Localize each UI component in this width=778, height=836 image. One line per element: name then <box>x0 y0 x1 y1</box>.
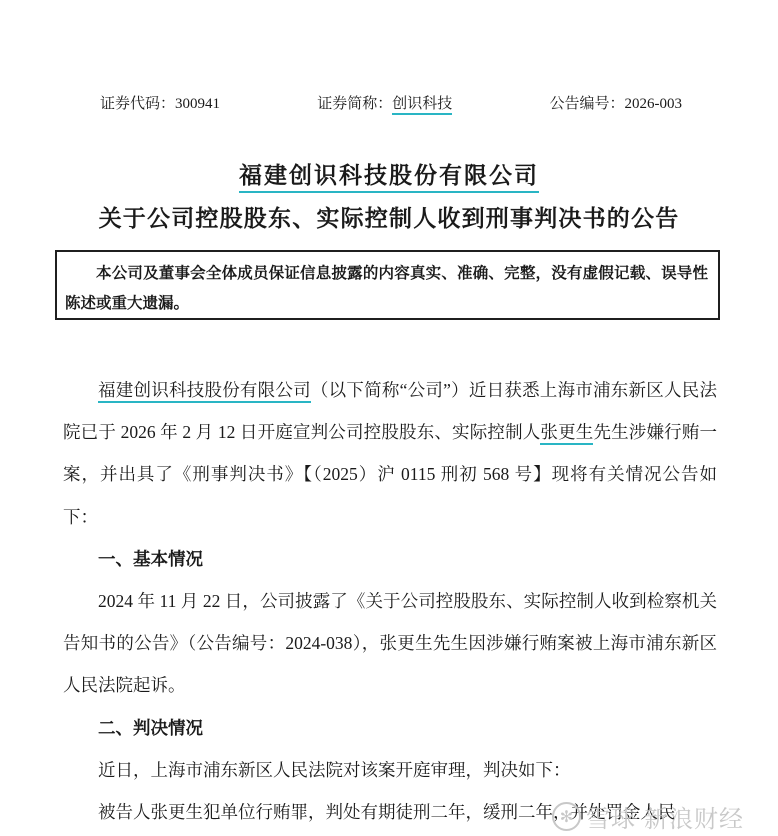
securities-header-row: 证券代码：300941 证券简称：创识科技 公告编号：2026-003 <box>100 92 682 113</box>
stock-code-label: 证券代码： <box>100 96 175 112</box>
company-name-title: 福建创识科技股份有限公司 <box>0 157 778 190</box>
section1-heading: 一、基本情况 <box>63 538 717 580</box>
stock-name-item: 证券简称：创识科技 <box>317 92 452 113</box>
disclaimer-text: 本公司及董事会全体成员保证信息披露的内容真实、准确、完整，没有虚假记载、误导性陈… <box>57 252 718 319</box>
announcement-subject-title: 关于公司控股股东、实际控制人收到刑事判决书的公告 <box>0 200 778 233</box>
announcement-number-item: 公告编号：2026-003 <box>549 92 682 113</box>
section2-paragraph-1: 近日，上海市浦东新区人民法院对该案开庭审理，判决如下： <box>63 749 717 791</box>
section2-paragraph-2: 被告人张更生犯单位行贿罪，判处有期徒刑二年，缓刑二年，并处罚金人民 <box>63 791 717 833</box>
section2-heading: 二、判决情况 <box>63 707 717 749</box>
section1-paragraph: 2024 年 11 月 22 日，公司披露了《关于公司控股股东、实际控制人收到检… <box>63 580 717 707</box>
company-name-link[interactable]: 福建创识科技股份有限公司 <box>239 163 539 193</box>
stock-code-value: 300941 <box>175 96 220 112</box>
stock-name-link[interactable]: 创识科技 <box>392 96 452 115</box>
entity-link[interactable]: 福建创识科技股份有限公司 <box>98 380 311 403</box>
disclaimer-box: 本公司及董事会全体成员保证信息披露的内容真实、准确、完整，没有虚假记载、误导性陈… <box>55 250 720 320</box>
announcement-number-label: 公告编号： <box>549 96 624 112</box>
announcement-document-page: 证券代码：300941 证券简称：创识科技 公告编号：2026-003 福建创识… <box>0 0 778 836</box>
announcement-body: 福建创识科技股份有限公司（以下简称“公司”）近日获悉上海市浦东新区人民法院已于 … <box>63 369 717 833</box>
stock-code-item: 证券代码：300941 <box>100 92 220 113</box>
stock-name-label: 证券简称： <box>317 96 392 112</box>
entity-link[interactable]: 张更生 <box>540 422 593 445</box>
intro-paragraph: 福建创识科技股份有限公司（以下简称“公司”）近日获悉上海市浦东新区人民法院已于 … <box>63 369 717 538</box>
announcement-number-value: 2026-003 <box>625 96 683 112</box>
